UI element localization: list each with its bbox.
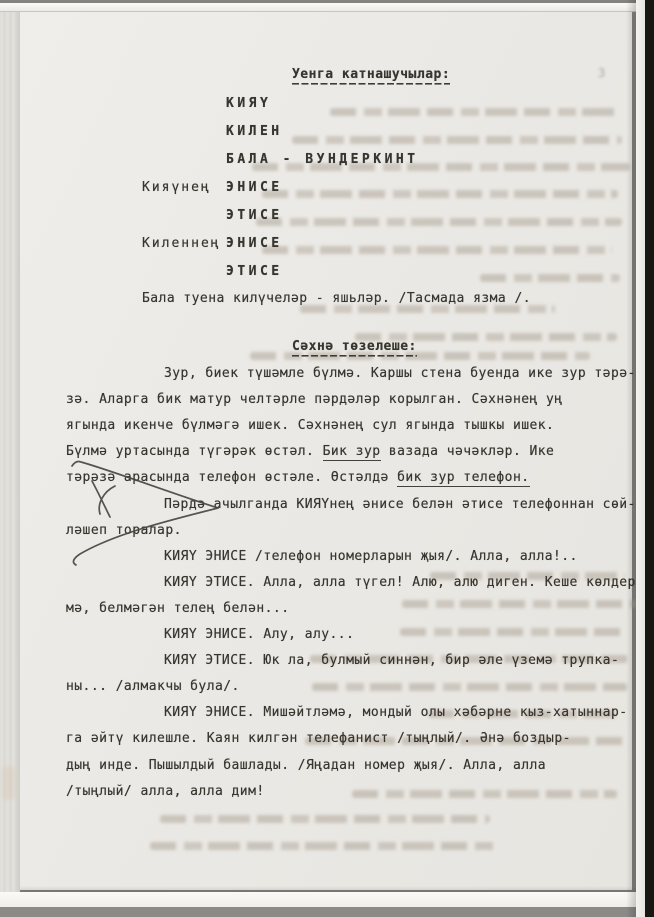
cast-prefix: Киленнең: [142, 236, 221, 251]
line-text: Бүлмә уртасында түгәрәк өстәл.: [66, 444, 323, 459]
cast-row: КиленнеңЭНИСЕ: [20, 236, 632, 258]
script-line: ны... /алмакчы була/.: [66, 679, 240, 694]
line-text: КИЯҮ ЭТИСЕ. Алла, алла түгел! Алю, алю д…: [164, 575, 636, 590]
photo-bottom-edge: [0, 907, 654, 917]
underlined-phrase: бик зур телефон.: [397, 470, 529, 487]
page-title: Уенга катнашучылар:: [242, 52, 450, 97]
photo-left-smudge: [2, 766, 16, 800]
photo-right-backdrop: [645, 0, 654, 917]
cast-row: ЭТИСЕ: [20, 264, 632, 286]
bleed-through-line: [312, 683, 627, 691]
cast-row: КИЛЕН: [20, 124, 632, 146]
line-text: ягында икенче бүлмәгә ишек. Сәхнәнең сул…: [66, 418, 554, 433]
line-text: ләшеп торалар.: [66, 523, 182, 538]
line-text: га әйтү килешле. Каян килгән телефанист …: [66, 731, 571, 746]
script-line: КИЯҮ ЭТИСЕ. Алла, алла түгел! Алю, алю д…: [164, 575, 636, 590]
script-line: КИЯҮ ЭНИСЕ. Алу, алу...: [164, 627, 354, 642]
script-line: дың инде. Пышылдый башлады. /Яңадан номе…: [66, 758, 546, 773]
scanned-script-photo: 3 Уенга катнашучылар: КИЯҮКИЛЕНБАЛА - ВУ…: [0, 0, 654, 917]
bleed-through-line: [402, 600, 640, 608]
script-line: КИЯҮ ЭНИСЕ. Мишәйтләмә, мондый олы хәбәр…: [164, 705, 628, 720]
script-line: ләшеп торалар.: [66, 523, 182, 538]
cast-row: КияүнеңЭНИСЕ: [20, 180, 632, 202]
line-text: КИЯҮ ЭНИСЕ /телефон номерларын җыя/. Алл…: [164, 549, 578, 564]
script-line: /тыңлый/ алла, алла дим!: [66, 784, 265, 799]
cast-row: КИЯҮ: [20, 96, 632, 118]
script-line: га әйтү килешле. Каян килгән телефанист …: [66, 731, 571, 746]
line-text: тәрәзә арасында телефон өстәле. Өстәлдә: [66, 470, 397, 485]
line-text: Зур, биек түшәмле бүлмә. Каршы стена буе…: [164, 366, 636, 381]
script-line: Бүлмә уртасында түгәрәк өстәл. Бик зур в…: [66, 444, 554, 459]
script-line: тәрәзә арасында телефон өстәле. Өстәлдә …: [66, 470, 530, 485]
cast-name: КИЯҮ: [226, 96, 271, 111]
script-line: Зур, биек түшәмле бүлмә. Каршы стена буе…: [164, 366, 636, 381]
line-text: вазада чәчәкләр. Ике: [381, 444, 555, 459]
script-line: КИЯҮ ЭТИСЕ. Юк ла, булмый синнән, бир әл…: [164, 653, 619, 668]
bleed-through-line: [150, 842, 495, 850]
document-page: 3 Уенга катнашучылар: КИЯҮКИЛЕНБАЛА - ВУ…: [20, 10, 632, 890]
cast-name: БАЛА - ВУНДЕРКИНТ: [226, 152, 419, 167]
cast-row: ЭТИСЕ: [20, 208, 632, 230]
cast-row: БАЛА - ВУНДЕРКИНТ: [20, 152, 632, 174]
page-stack-bottom-edge: [0, 892, 646, 908]
underlined-phrase: Бик зур: [323, 444, 381, 461]
bleed-through-line: [160, 815, 490, 823]
bleed-through-line: [352, 790, 617, 798]
bleed-through-line: [300, 305, 555, 313]
line-text: /тыңлый/ алла, алла дим!: [66, 784, 265, 799]
script-line: ягында икенче бүлмәгә ишек. Сәхнәнең сул…: [66, 418, 554, 433]
bleed-through-line: [400, 628, 625, 636]
line-text: Пәрдә ачылганда КИЯҮнең әнисе белән әтис…: [164, 497, 636, 512]
cast-name: ЭНИСЕ: [226, 180, 283, 195]
script-line: Пәрдә ачылганда КИЯҮнең әнисе белән әтис…: [164, 497, 636, 512]
cast-prefix: Кияүнең: [142, 180, 211, 195]
ghost-page-number: 3: [598, 66, 605, 80]
section-title-text: Сәхнә төзелеше:: [292, 339, 417, 357]
script-line: КИЯҮ ЭНИСЕ /телефон номерларын җыя/. Алл…: [164, 549, 578, 564]
cast-name: ЭТИСЕ: [226, 208, 283, 223]
script-line: мә, белмәгән телең белән...: [66, 601, 289, 616]
cast-name: ЭТИСЕ: [226, 264, 283, 279]
page-stack-top-edge: [0, 3, 650, 12]
line-text: зә. Аларга бик матур челтәрле пәрдәләр к…: [66, 392, 563, 407]
section-title: Сәхнә төзелеше:: [242, 324, 417, 369]
line-text: мә, белмәгән телең белән...: [66, 601, 289, 616]
line-text: КИЯҮ ЭТИСЕ. Юк ла, булмый синнән, бир әл…: [164, 653, 619, 668]
script-line: зә. Аларга бик матур челтәрле пәрдәләр к…: [66, 392, 563, 407]
line-text: КИЯҮ ЭНИСЕ. Мишәйтләмә, мондый олы хәбәр…: [164, 705, 628, 720]
cast-name: КИЛЕН: [226, 124, 283, 139]
cast-note: Бала туена килүчеләр - яшьләр. /Тасмада …: [142, 291, 531, 306]
line-text: КИЯҮ ЭНИСЕ. Алу, алу...: [164, 627, 354, 642]
page-title-text: Уенга катнашучылар:: [292, 67, 450, 85]
cast-name: ЭНИСЕ: [226, 236, 283, 251]
line-text: дың инде. Пышылдый башлады. /Яңадан номе…: [66, 758, 546, 773]
line-text: ны... /алмакчы була/.: [66, 679, 240, 694]
